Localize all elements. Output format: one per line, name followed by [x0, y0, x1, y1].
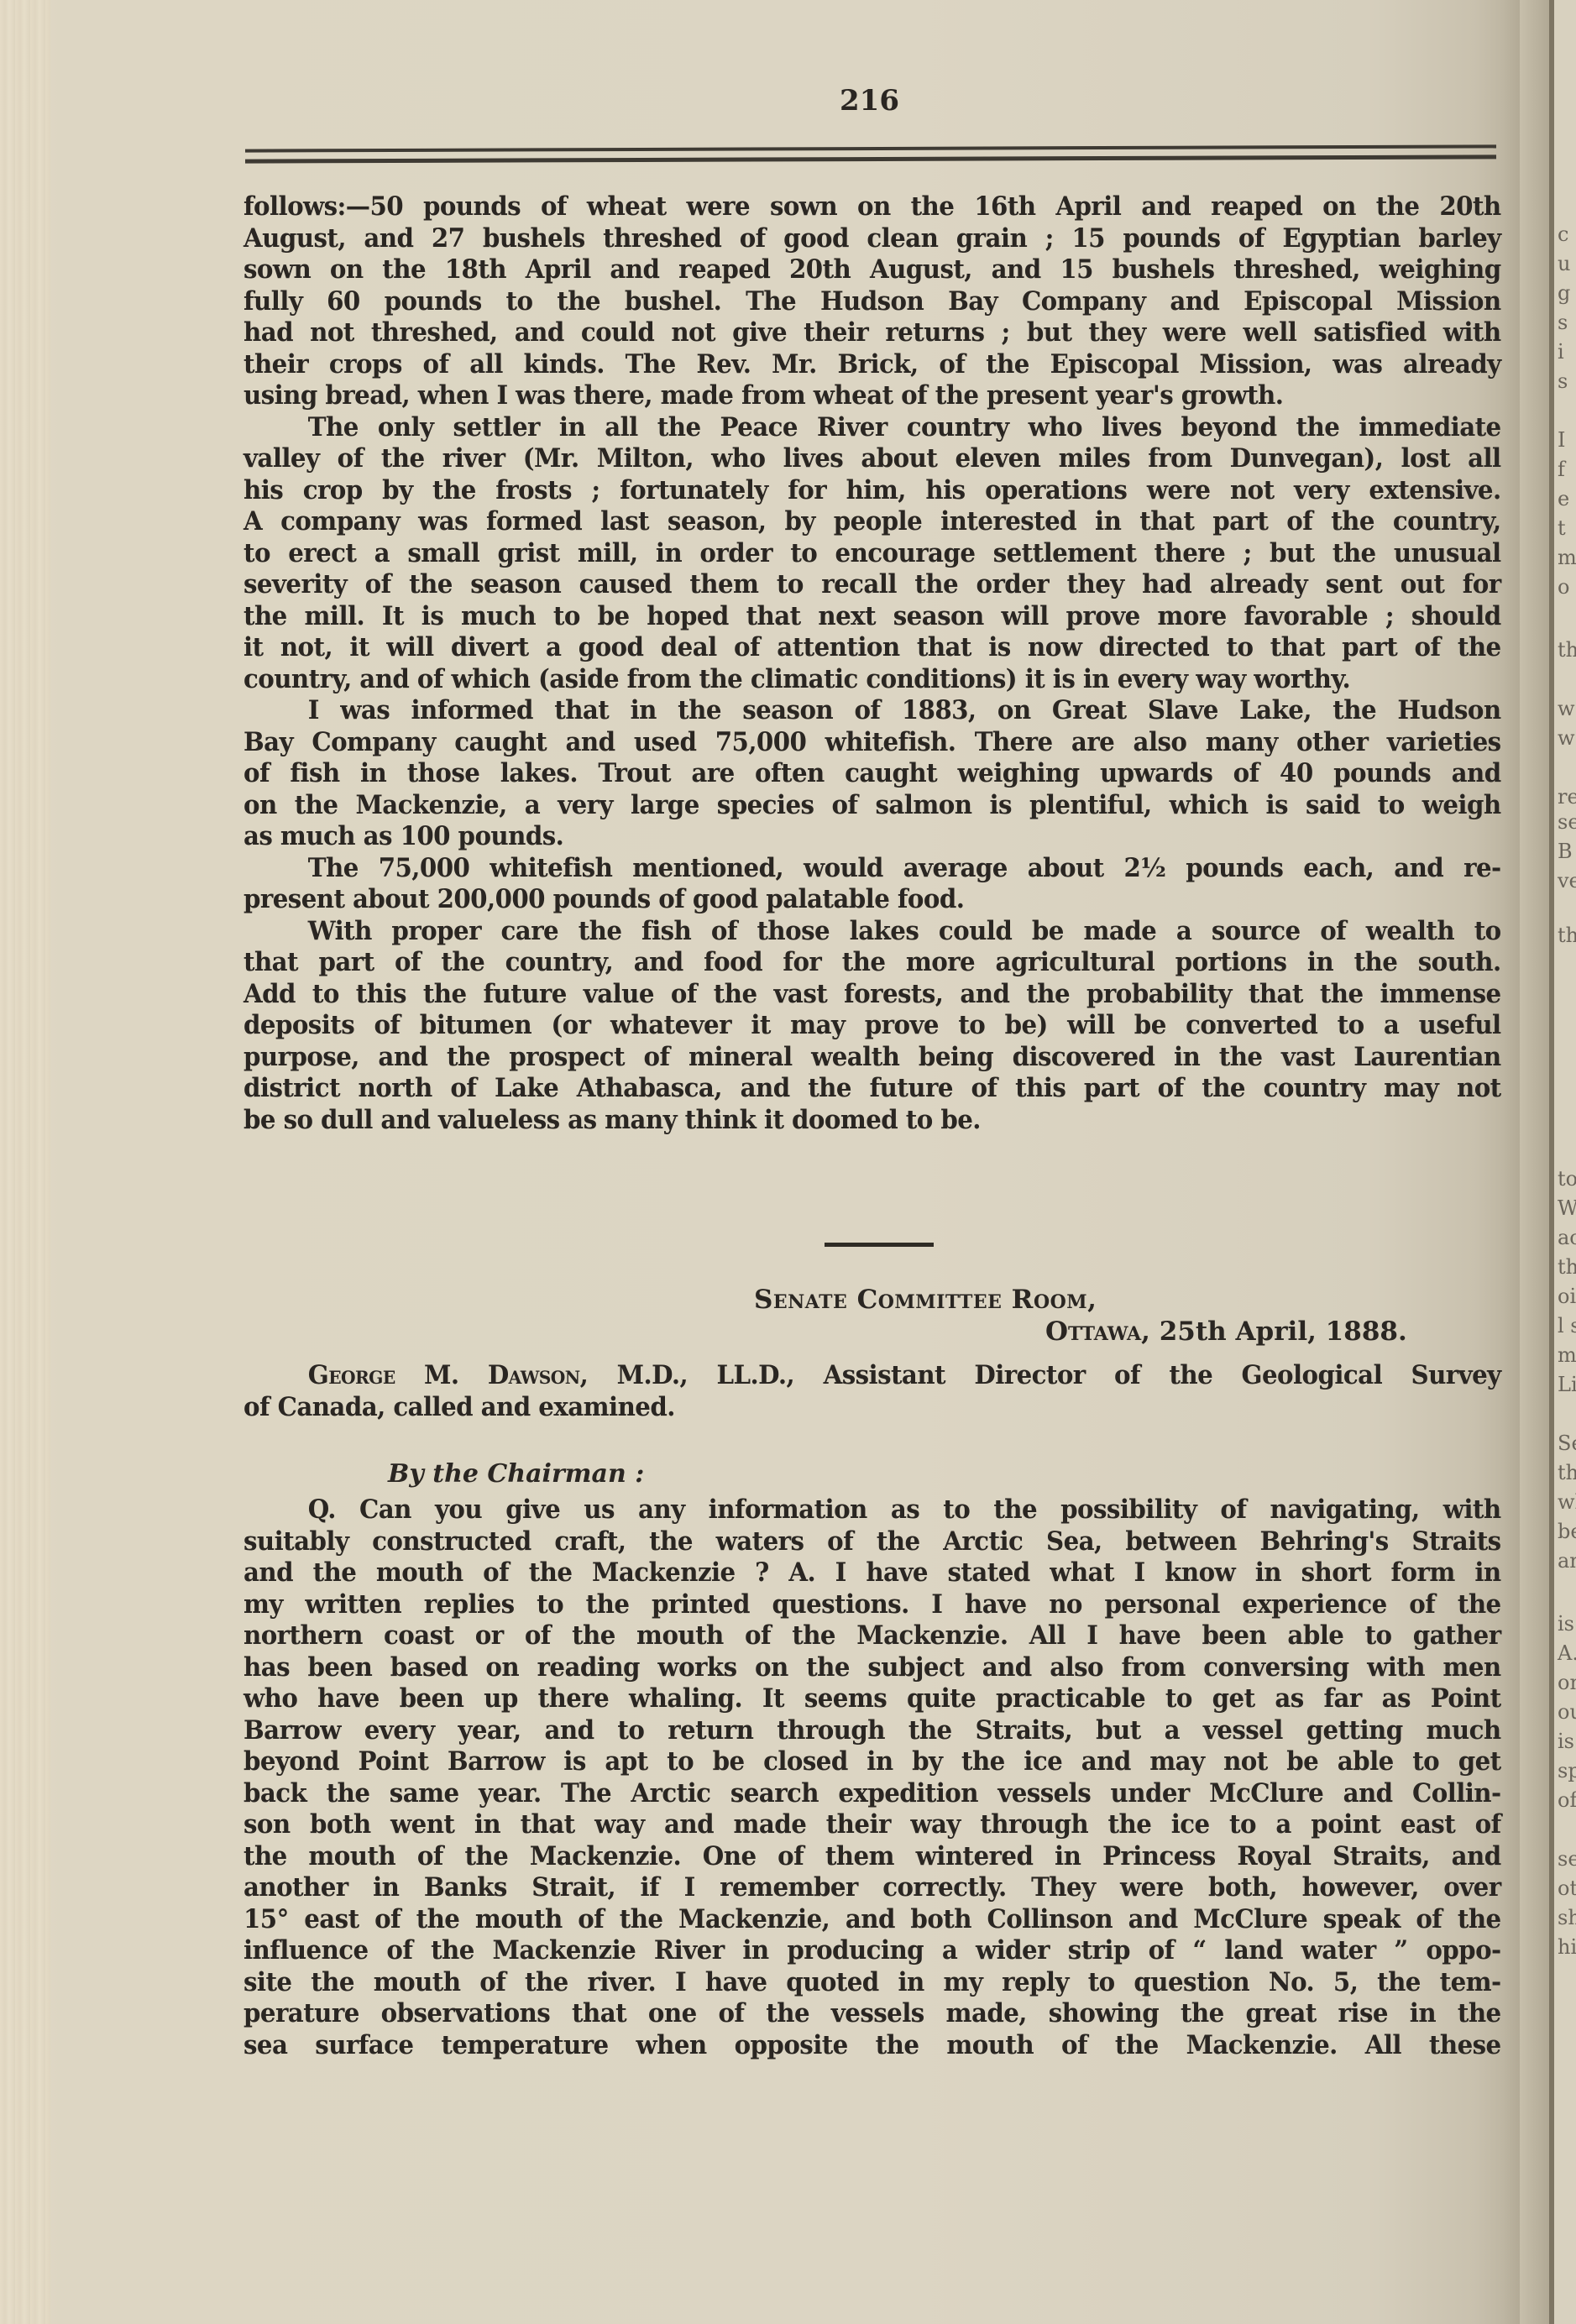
adjacent-text-fragment: w — [1558, 697, 1575, 720]
text-line: that part of the country, and food for t… — [243, 947, 1501, 979]
dateline-location: Senate Committee Room, — [754, 1285, 1097, 1315]
adjacent-page-fragment: cugsisIfetmothwwreseBvethtoWacthoill smy… — [1554, 0, 1576, 2324]
text-line: sown on the 18th April and reaped 20th A… — [243, 254, 1501, 286]
qa-line: suitably constructed craft, the waters o… — [243, 1526, 1501, 1558]
text-line: The only settler in all the Peace River … — [243, 412, 1501, 444]
qa-line: Barrow every year, and to return through… — [243, 1715, 1501, 1747]
qa-line: my written replies to the printed questi… — [243, 1589, 1501, 1621]
text-line: With proper care the fish of those lakes… — [243, 916, 1501, 948]
text-line: Bay Company caught and used 75,000 white… — [243, 727, 1501, 759]
text-line: district north of Lake Athabasca, and th… — [243, 1073, 1501, 1105]
examiner-heading: By the Chairman : — [388, 1459, 644, 1489]
text-line: fully 60 pounds to the bushel. The Hudso… — [243, 286, 1501, 318]
witness-introduction: George M. Dawson, M.D., LL.D., Assistant… — [243, 1360, 1453, 1423]
adjacent-text-fragment: w — [1558, 726, 1575, 750]
text-line: be so dull and valueless as many think i… — [243, 1105, 1501, 1137]
text-line: The 75,000 whitefish mentioned, would av… — [243, 853, 1501, 885]
page-number: 216 — [840, 84, 899, 118]
text-line: it not, it will divert a good deal of at… — [243, 632, 1501, 664]
qa-line: back the same year. The Arctic search ex… — [243, 1778, 1501, 1810]
text-line: to erect a small grist mill, in order to… — [243, 538, 1501, 570]
text-line: country, and of which (aside from the cl… — [243, 664, 1501, 696]
adjacent-text-fragment: s — [1558, 369, 1568, 393]
text-line: I was informed that in the season of 188… — [243, 695, 1501, 727]
adjacent-text-fragment: secti — [1558, 1847, 1576, 1871]
adjacent-text-fragment: s — [1558, 311, 1568, 334]
adjacent-text-fragment: wh — [1558, 1490, 1576, 1514]
text-line: present about 200,000 pounds of good pal… — [243, 884, 1501, 916]
adjacent-text-fragment: se — [1558, 810, 1576, 834]
text-line: Add to this the future value of the vast… — [243, 979, 1501, 1011]
qa-line: the mouth of the Mackenzie. One of them … — [243, 1841, 1501, 1873]
text-line: A company was formed last season, by peo… — [243, 506, 1501, 538]
adjacent-text-fragment: spri — [1558, 1759, 1576, 1782]
adjacent-text-fragment: ac — [1558, 1226, 1576, 1249]
adjacent-text-fragment: othe — [1558, 1876, 1576, 1900]
qa-line: 15° east of the mouth of the Mackenzie, … — [243, 1904, 1501, 1936]
adjacent-text-fragment: of t — [1558, 1788, 1576, 1812]
adjacent-text-fragment: only — [1558, 1671, 1576, 1694]
adjacent-text-fragment: Lis — [1558, 1373, 1576, 1396]
witness-line-2: of Canada, called and examined. — [243, 1392, 1501, 1424]
text-line: follows:—50 pounds of wheat were sown on… — [243, 191, 1501, 223]
adjacent-text-fragment: i — [1558, 340, 1564, 364]
adjacent-text-fragment: u — [1558, 252, 1570, 275]
text-line: on the Mackenzie, a very large species o… — [243, 790, 1501, 822]
qa-line: Q. Can you give us any information as to… — [243, 1494, 1501, 1526]
adjacent-text-fragment: th — [1558, 924, 1576, 947]
text-line: their crops of all kinds. The Rev. Mr. B… — [243, 349, 1501, 381]
adjacent-text-fragment: is n — [1558, 1612, 1576, 1636]
adjacent-text-fragment: f — [1558, 458, 1565, 481]
dateline-date-text: , 25th April, 1888. — [1141, 1316, 1407, 1347]
text-line: severity of the season caused them to re… — [243, 569, 1501, 601]
adjacent-text-fragment: c — [1558, 222, 1568, 246]
text-line: purpose, and the prospect of mineral wea… — [243, 1042, 1501, 1074]
adjacent-text-fragment: A. — [1558, 1641, 1576, 1665]
binding-edge — [0, 0, 50, 2324]
qa-line: site the mouth of the river. I have quot… — [243, 1967, 1501, 1999]
adjacent-text-fragment: B — [1558, 840, 1573, 863]
qa-line: another in Banks Strait, if I remember c… — [243, 1872, 1501, 1904]
adjacent-text-fragment: him — [1558, 1935, 1576, 1959]
qa-line: son both went in that way and made their… — [243, 1809, 1501, 1841]
body-text: follows:—50 pounds of wheat were sown on… — [243, 191, 1453, 1136]
qa-line: has been based on reading works on the s… — [243, 1652, 1501, 1684]
qa-line: perature observations that one of the ve… — [243, 1998, 1501, 2030]
adjacent-text-fragment: shor — [1558, 1906, 1576, 1929]
qa-line: beyond Point Barrow is apt to be closed … — [243, 1746, 1501, 1778]
text-line: of fish in those lakes. Trout are often … — [243, 758, 1501, 790]
witness-credentials: , M.D., LL.D., Assistant Director of the… — [580, 1360, 1501, 1390]
page-edge-strip — [1520, 0, 1549, 2324]
qa-line: and the mouth of the Mackenzie ? A. I ha… — [243, 1557, 1501, 1589]
text-line: deposits of bitumen (or whatever it may … — [243, 1010, 1501, 1042]
adjacent-text-fragment: oil — [1558, 1285, 1576, 1308]
dateline-date: Ottawa, 25th April, 1888. — [1045, 1316, 1407, 1347]
adjacent-text-fragment: th — [1558, 638, 1576, 662]
witness-line-1: George M. Dawson, M.D., LL.D., Assistant… — [243, 1360, 1501, 1392]
qa-line: influence of the Mackenzie River in prod… — [243, 1935, 1501, 1967]
adjacent-text-fragment: to — [1558, 1167, 1576, 1191]
question-answer-text: Q. Can you give us any information as to… — [243, 1494, 1453, 2061]
adjacent-text-fragment: g — [1558, 281, 1570, 305]
text-line: using bread, when I was there, made from… — [243, 380, 1501, 412]
dateline-city: Ottawa — [1045, 1316, 1141, 1347]
adjacent-text-fragment: th — [1558, 1255, 1576, 1279]
qa-line: who have been up there whaling. It seems… — [243, 1683, 1501, 1715]
adjacent-text-fragment: be — [1558, 1520, 1576, 1543]
adjacent-text-fragment: e — [1558, 487, 1569, 510]
text-line: valley of the river (Mr. Milton, who liv… — [243, 443, 1501, 475]
adjacent-text-fragment: l s — [1558, 1314, 1576, 1337]
adjacent-text-fragment: m — [1558, 546, 1576, 569]
adjacent-text-fragment: our — [1558, 1700, 1576, 1724]
adjacent-text-fragment: my — [1558, 1343, 1576, 1367]
adjacent-text-fragment: t — [1558, 516, 1566, 540]
adjacent-text-fragment: Ses — [1558, 1432, 1576, 1455]
text-line: the mill. It is much to be hoped that ne… — [243, 601, 1501, 633]
adjacent-text-fragment: I — [1558, 428, 1565, 452]
text-line: had not threshed, and could not give the… — [243, 317, 1501, 349]
adjacent-text-fragment: re — [1558, 785, 1576, 809]
adjacent-text-fragment: o — [1558, 575, 1569, 599]
text-line: August, and 27 bushels threshed of good … — [243, 223, 1501, 255]
section-separator — [825, 1243, 934, 1247]
text-line: his crop by the frosts ; fortunately for… — [243, 475, 1501, 507]
adjacent-text-fragment: is w — [1558, 1730, 1576, 1753]
adjacent-text-fragment: and — [1558, 1549, 1576, 1573]
witness-name: George M. Dawson — [308, 1360, 580, 1390]
qa-line: sea surface temperature when opposite th… — [243, 2030, 1501, 2062]
adjacent-text-fragment: W — [1558, 1196, 1576, 1220]
qa-line: northern coast or of the mouth of the Ma… — [243, 1620, 1501, 1652]
adjacent-text-fragment: ve — [1558, 869, 1576, 892]
text-line: as much as 100 pounds. — [243, 821, 1501, 853]
adjacent-text-fragment: tha — [1558, 1461, 1576, 1484]
